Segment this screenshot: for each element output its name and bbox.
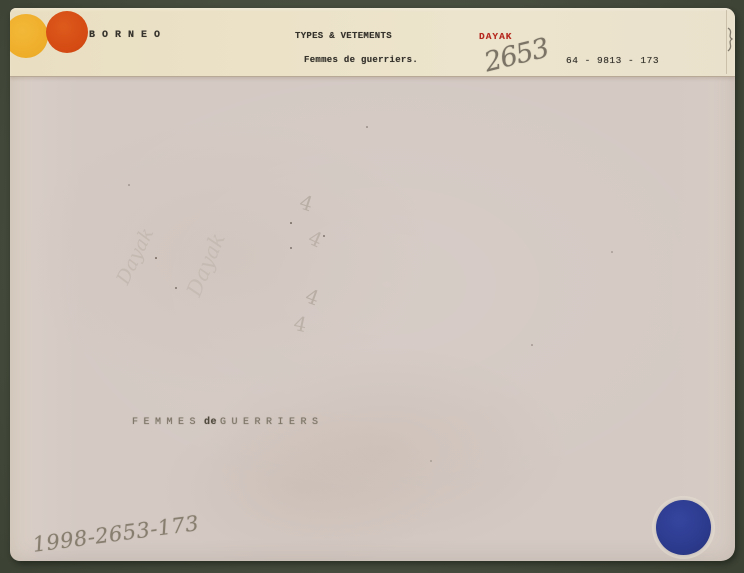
dust-speck	[128, 184, 130, 186]
header-band: BORNEO TYPES & VETEMENTS DAYAK Femmes de…	[10, 8, 735, 77]
faint-pencil-numeral: 4	[297, 190, 317, 217]
category-label: TYPES & VETEMENTS	[295, 31, 392, 41]
dust-speck	[366, 126, 368, 128]
dust-speck	[323, 235, 325, 237]
dust-speck	[531, 344, 533, 346]
erased-pencil-word: Dayak	[112, 224, 158, 288]
blue-dot-sticker	[656, 500, 711, 555]
dust-speck	[430, 460, 432, 462]
dust-speck	[175, 287, 177, 289]
reference-number: 64 - 9813 - 173	[566, 55, 659, 66]
subtitle-label: Femmes de guerriers.	[304, 55, 418, 65]
faint-pencil-numeral: 4	[302, 284, 322, 311]
edge-pencil-mark-icon	[724, 26, 735, 54]
caption-word: FEMMES	[132, 417, 201, 428]
dust-speck	[611, 251, 613, 253]
pencil-inventory-number: 1998-2653-173	[31, 511, 200, 557]
caption-word: de	[204, 417, 217, 428]
scanner-mount: BORNEO TYPES & VETEMENTS DAYAK Femmes de…	[0, 0, 744, 573]
dust-speck	[290, 247, 292, 249]
catalog-card-back: BORNEO TYPES & VETEMENTS DAYAK Femmes de…	[10, 8, 735, 561]
ethnic-group-label: DAYAK	[479, 31, 513, 42]
dust-speck	[290, 222, 292, 224]
yellow-dot-sticker	[10, 14, 48, 58]
faint-pencil-numeral: 4	[305, 225, 326, 252]
dust-speck	[155, 257, 157, 259]
orange-dot-sticker	[46, 11, 88, 53]
stamped-caption: FEMMESdeGUERRIERS	[132, 417, 324, 428]
erased-pencil-word: Dayak	[182, 229, 230, 300]
caption-word: GUERRIERS	[220, 417, 324, 428]
region-label: BORNEO	[89, 30, 167, 41]
faint-pencil-numeral: 4	[292, 311, 309, 337]
